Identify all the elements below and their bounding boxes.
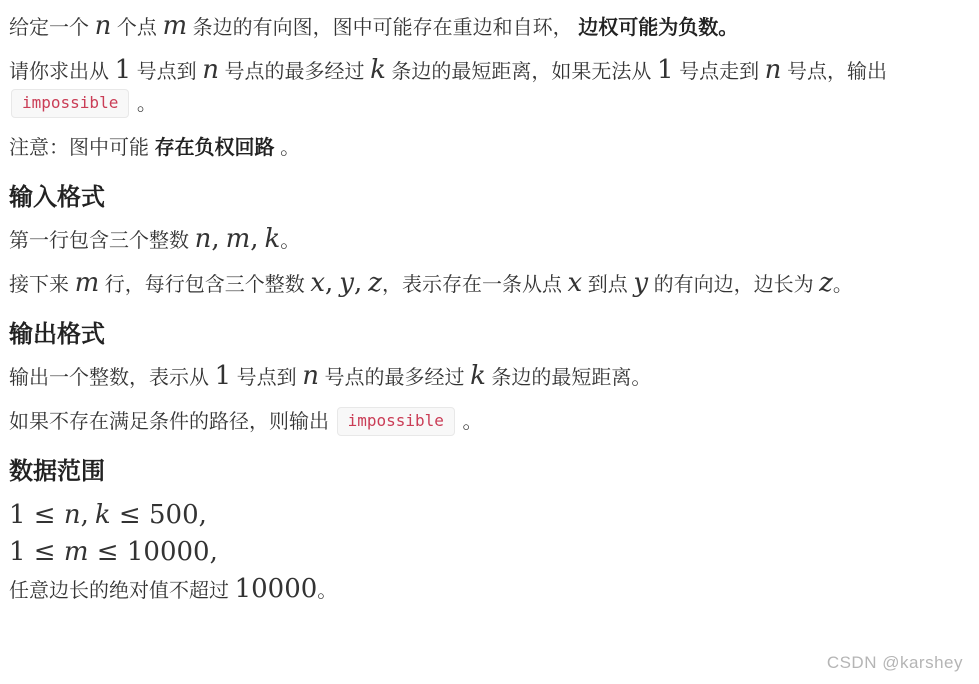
math-var: n <box>765 55 782 85</box>
math-var: n <box>95 11 112 41</box>
text-run: 请你求出从 <box>9 61 115 83</box>
math-var: m <box>226 224 251 254</box>
problem-statement: 给定一个 n 个点 m 条边的有向图，图中可能存在重边和自环， 边权可能为负数。… <box>0 12 979 610</box>
text-run: 号点的最多经过 <box>219 61 370 83</box>
math-var: m <box>162 11 187 41</box>
math-var: n <box>202 55 219 85</box>
text-run: 号点的最多经过 <box>319 367 470 389</box>
paragraph-problem-intro: 给定一个 n 个点 m 条边的有向图，图中可能存在重边和自环， 边权可能为负数。 <box>9 12 969 44</box>
paragraph-input-edges: 接下来 m 行，每行包含三个整数 x,y,z，表示存在一条从点 x 到点 y 的… <box>9 269 969 301</box>
text-run: 给定一个 <box>9 17 95 39</box>
math-var: x <box>310 268 325 298</box>
math-op: , <box>211 224 219 254</box>
text-run: 。 <box>457 411 483 433</box>
section-heading-data-range: 数据范围 <box>9 456 969 487</box>
text-run: 。 <box>275 137 301 159</box>
text-run: 接下来 <box>9 274 75 296</box>
math-var: k <box>470 361 486 391</box>
section-heading-output-format: 输出格式 <box>9 319 969 350</box>
text-run: 到点 <box>582 274 633 296</box>
math-op: ≤ <box>26 500 64 530</box>
paragraph-output-desc: 输出一个整数，表示从 1 号点到 n 号点的最多经过 k 条边的最短距离。 <box>9 362 969 394</box>
math-op: , <box>210 537 218 567</box>
text-run: 如果不存在满足条件的路径，则输出 <box>9 411 335 433</box>
text-run: 号点走到 <box>674 61 765 83</box>
inline-code: impossible <box>11 89 129 118</box>
text-run: 第一行包含三个整数 <box>9 230 195 252</box>
paragraph-output-impossible: 如果不存在满足条件的路径，则输出 impossible 。 <box>9 406 969 438</box>
math-var: k <box>370 55 386 85</box>
math-var: n <box>195 224 212 254</box>
text-run: 行，每行包含三个整数 <box>99 274 310 296</box>
section-heading-input-format: 输入格式 <box>9 182 969 213</box>
math-var: m <box>75 268 100 298</box>
math-op: ≤ <box>26 537 64 567</box>
text-run: 。 <box>131 93 157 115</box>
math-var: y <box>339 268 354 298</box>
math-num: 10000 <box>235 574 318 604</box>
text-run: 输出一个整数，表示从 <box>9 367 215 389</box>
math-op: ≤ <box>111 500 149 530</box>
text-run: 。 <box>833 274 853 296</box>
math-var: n <box>64 500 81 530</box>
math-var: k <box>265 224 281 254</box>
text-run: 个点 <box>111 17 162 39</box>
csdn-watermark: CSDN @karshey <box>827 653 963 673</box>
math-num: 1 <box>9 500 26 530</box>
math-op: ≤ <box>89 537 127 567</box>
text-run: 。 <box>280 230 300 252</box>
paragraph-input-line1: 第一行包含三个整数 n,m,k。 <box>9 225 969 257</box>
math-var: k <box>95 500 111 530</box>
math-op: , <box>250 224 258 254</box>
math-var: z <box>368 268 382 298</box>
math-op: , <box>354 268 362 298</box>
math-num: 1 <box>657 55 674 85</box>
text-run: ，表示存在一条从点 <box>382 274 568 296</box>
math-var: y <box>633 268 648 298</box>
math-num: 500 <box>149 500 199 530</box>
text-run: 条边的有向图，图中可能存在重边和自环， <box>187 17 578 39</box>
text-run: 的有向边，边长为 <box>648 274 819 296</box>
math-var: z <box>819 268 833 298</box>
text-run: 注意：图中可能 <box>9 137 155 159</box>
text-run: 号点，输出 <box>781 61 887 83</box>
math-var: n <box>302 361 319 391</box>
paragraph-data-range: 1 ≤ n,k ≤ 500,1 ≤ m ≤ 10000,任意边长的绝对值不超过 … <box>9 499 969 610</box>
text-run: 条边的最短距离，如果无法从 <box>386 61 657 83</box>
inline-code: impossible <box>337 407 455 436</box>
text-run: 任意边长的绝对值不超过 <box>9 580 235 602</box>
math-num: 10000 <box>127 537 210 567</box>
math-op: , <box>325 268 333 298</box>
math-op: , <box>81 500 89 530</box>
math-num: 1 <box>115 55 132 85</box>
math-num: 1 <box>215 361 232 391</box>
text-run: 号点到 <box>131 61 202 83</box>
math-var: x <box>568 268 583 298</box>
math-num: 1 <box>9 537 26 567</box>
bold-text: 存在负权回路 <box>155 137 275 159</box>
paragraph-note: 注意：图中可能 存在负权回路 。 <box>9 132 969 164</box>
text-run: 号点到 <box>231 367 302 389</box>
text-run: 。 <box>317 580 337 602</box>
bold-text: 边权可能为负数。 <box>578 17 738 39</box>
text-run: 条边的最短距离。 <box>486 367 652 389</box>
math-op: , <box>199 500 207 530</box>
math-var: m <box>64 537 89 567</box>
paragraph-task: 请你求出从 1 号点到 n 号点的最多经过 k 条边的最短距离，如果无法从 1 … <box>9 56 969 120</box>
